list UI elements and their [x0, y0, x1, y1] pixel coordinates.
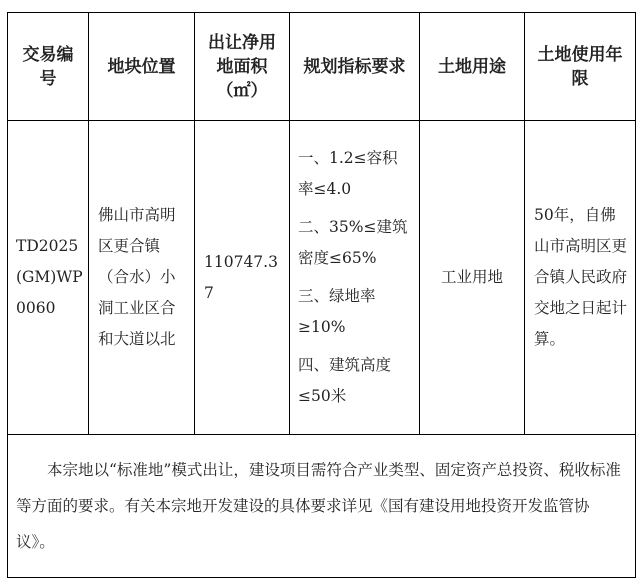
requirement-far: 一、1.2≤容积率≤4.0: [298, 143, 411, 205]
cell-requirements: 一、1.2≤容积率≤4.0 二、35%≤建筑密度≤65% 三、绿地率≥10% 四…: [290, 121, 420, 435]
requirement-density: 二、35%≤建筑密度≤65%: [298, 212, 411, 274]
requirement-height: 四、建筑高度≤50米: [298, 350, 411, 412]
header-usage: 土地用途: [420, 13, 525, 121]
header-trade-no: 交易编号: [8, 13, 89, 121]
requirement-green: 三、绿地率≥10%: [298, 281, 411, 343]
table-row: TD2025(GM)WP0060 佛山市高明区更合镇（合水）小洞工业区合和大道以…: [8, 121, 636, 435]
header-requirements: 规划指标要求: [290, 13, 420, 121]
cell-trade-no: TD2025(GM)WP0060: [8, 121, 89, 435]
note-row: 本宗地以“标准地”模式出让，建设项目需符合产业类型、固定资产总投资、税收标准等方…: [8, 435, 636, 578]
cell-term: 50年，自佛山市高明区更合镇人民政府交地之日起计算。: [525, 121, 636, 435]
cell-area: 110747.37: [195, 121, 290, 435]
cell-usage: 工业用地: [420, 121, 525, 435]
header-location: 地块位置: [89, 13, 195, 121]
header-row: 交易编号 地块位置 出让净用地面积（㎡） 规划指标要求 土地用途 土地使用年限: [8, 13, 636, 121]
header-term: 土地使用年限: [525, 13, 636, 121]
cell-note: 本宗地以“标准地”模式出让，建设项目需符合产业类型、固定资产总投资、税收标准等方…: [8, 435, 636, 578]
land-transfer-table: 交易编号 地块位置 出让净用地面积（㎡） 规划指标要求 土地用途 土地使用年限 …: [7, 12, 636, 578]
cell-location: 佛山市高明区更合镇（合水）小洞工业区合和大道以北: [89, 121, 195, 435]
header-area: 出让净用地面积（㎡）: [195, 13, 290, 121]
